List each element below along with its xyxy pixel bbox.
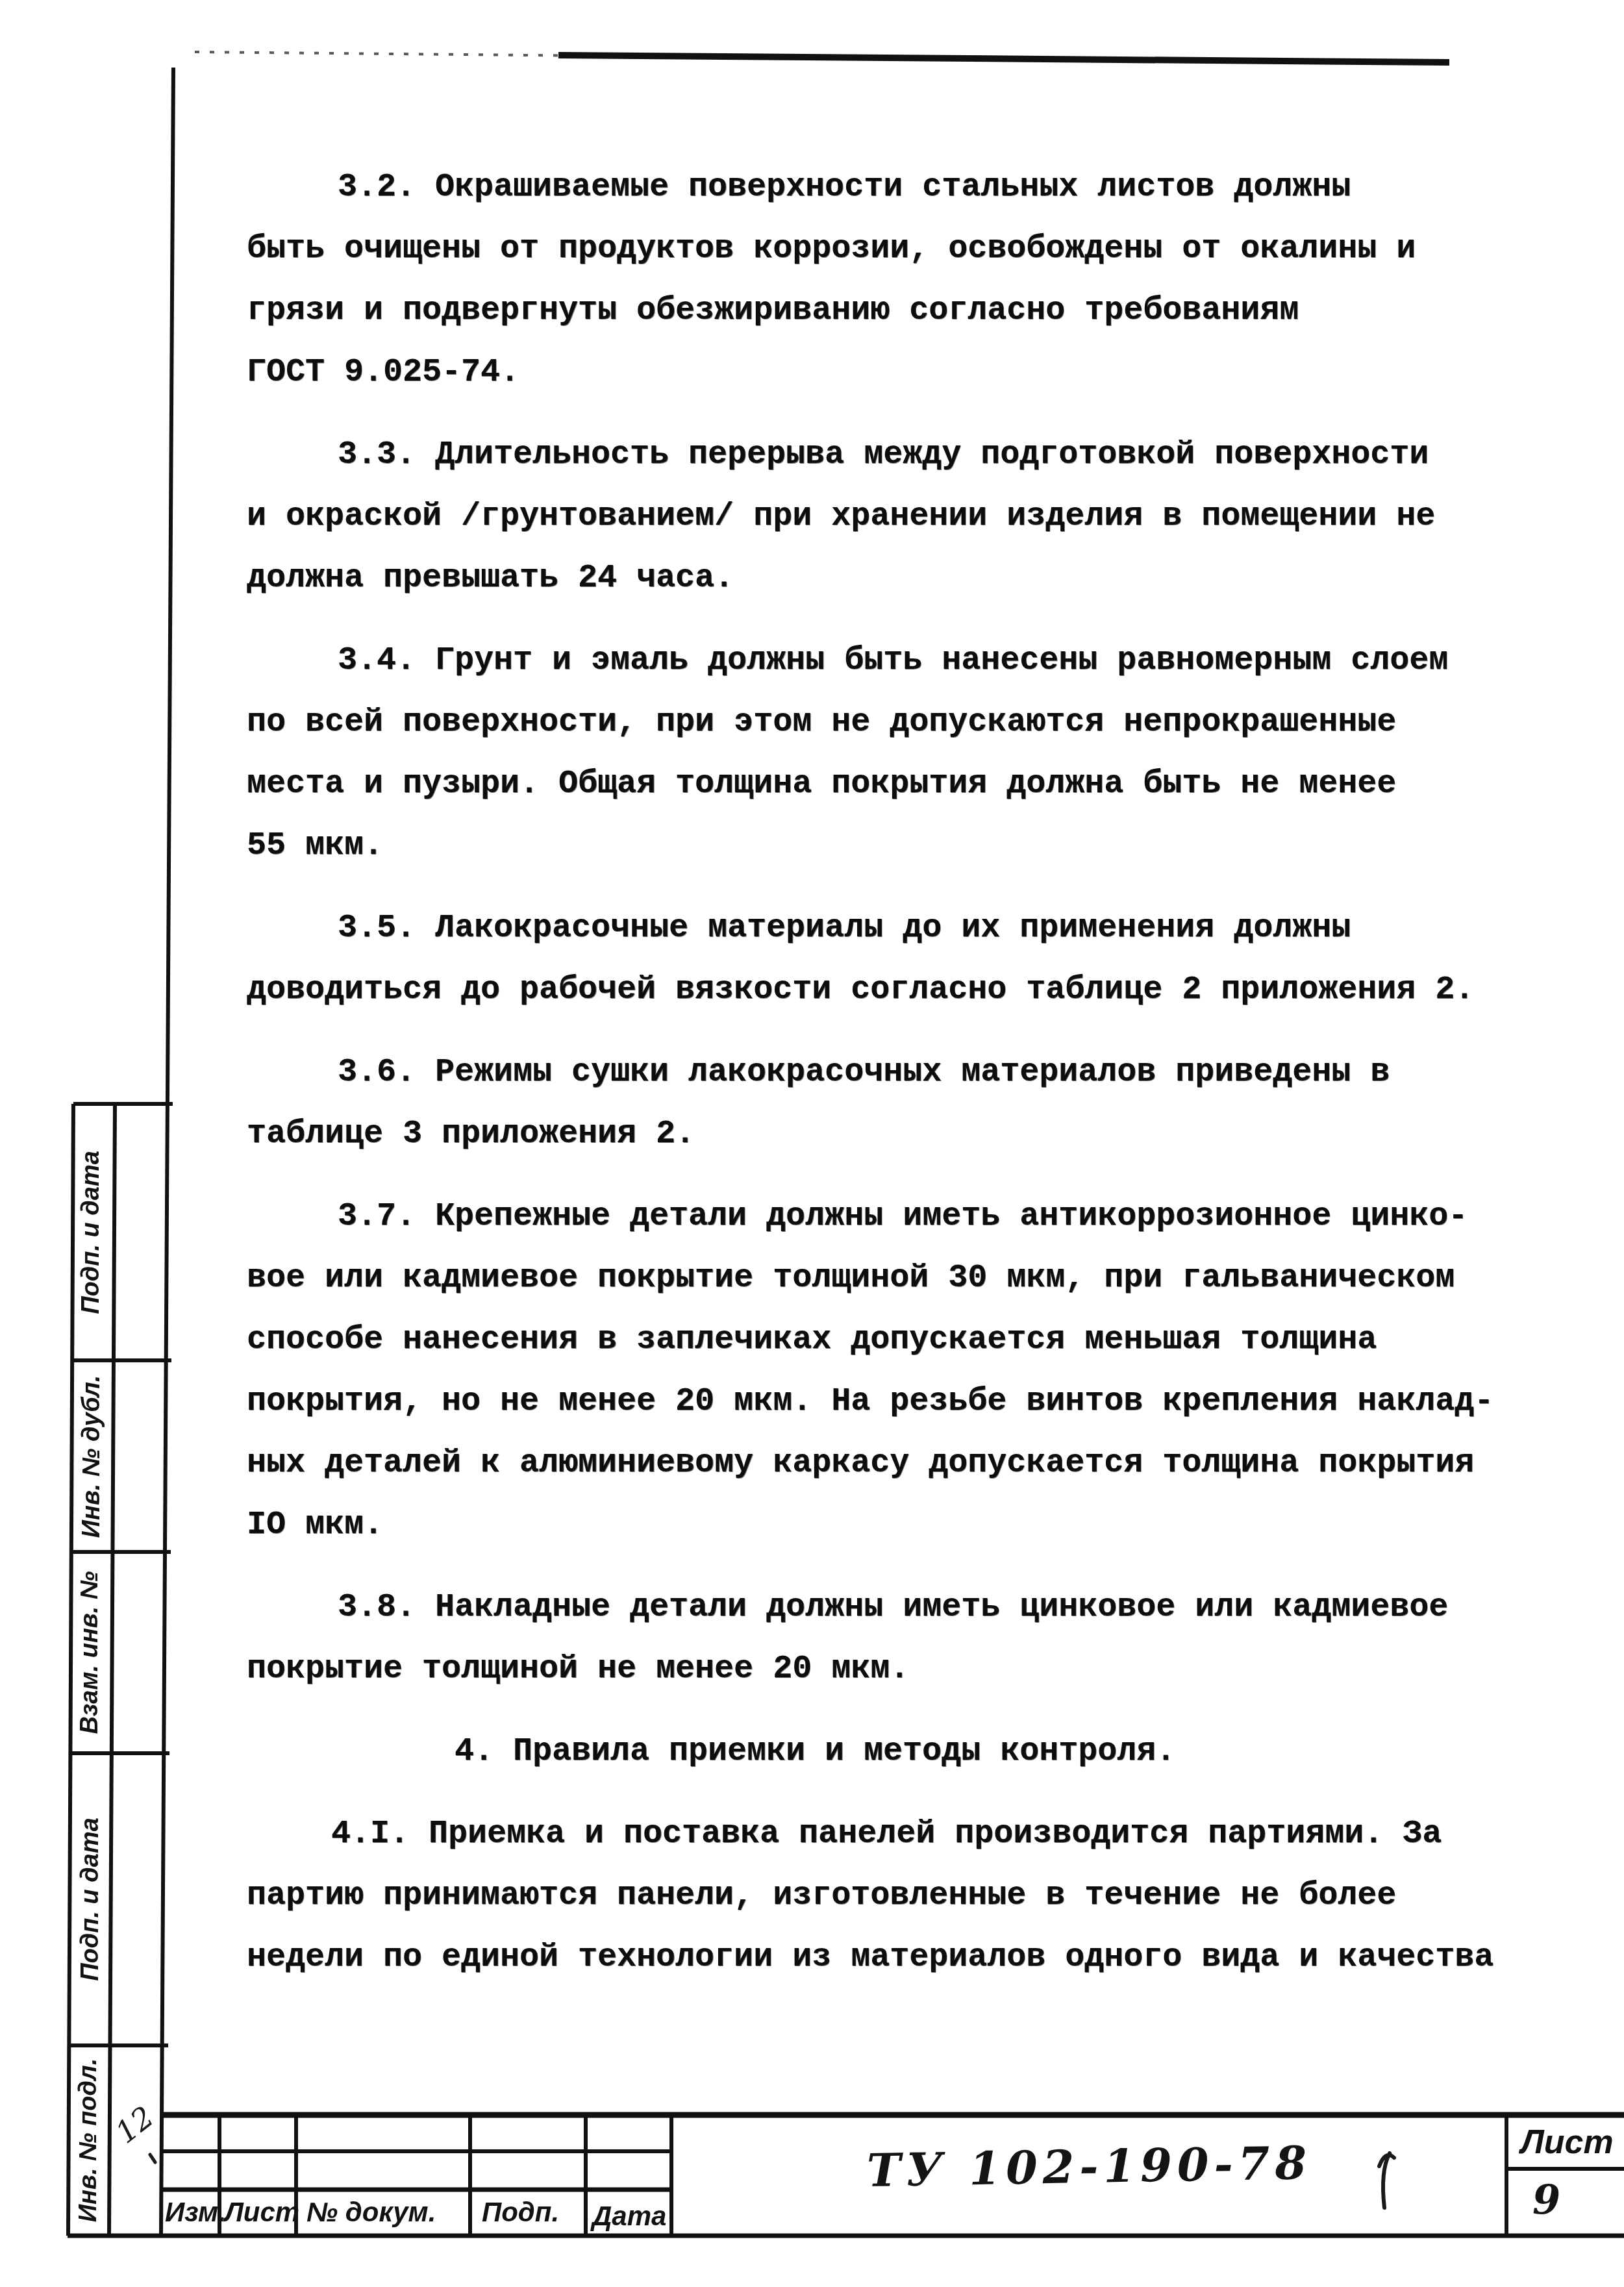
text-line: покрытие толщиной не менее 20 мкм.: [247, 1651, 909, 1688]
sidebar-label-divider: [109, 1104, 115, 2236]
text-line: вое или кадмиевое покрытие толщиной 30 м…: [247, 1260, 1455, 1297]
text-line: покрытия, но не менее 20 мкм. На резьбе …: [247, 1383, 1493, 1421]
text-line: 3.8. Накладные детали должны иметь цинко…: [338, 1589, 1448, 1627]
text-line: 3.6. Режимы сушки лакокрасочных материал…: [338, 1054, 1390, 1092]
text-line: ГОСТ 9.025-74.: [247, 354, 519, 392]
text-line: должна превышать 24 часа.: [247, 560, 734, 597]
top-border-dashed-segment: [195, 52, 597, 56]
sidebar-left-edge: [68, 1104, 73, 2236]
titleblock-header-list: Лист: [225, 2196, 299, 2229]
sidebar-cell-label-vzam-inv: Взам. инв. №: [77, 1552, 103, 1753]
text-line: недели по единой технологии из материало…: [247, 1939, 1493, 1977]
text-line: 3.5. Лакокрасочные материалы до их приме…: [338, 910, 1351, 947]
text-line: по всей поверхности, при этом не допуска…: [247, 704, 1396, 742]
titleblock-header-dokum: № докум.: [306, 2196, 436, 2229]
text-line: ных деталей к алюминиевому каркасу допус…: [247, 1445, 1474, 1482]
text-line: 3.3. Длительность перерыва между подгото…: [338, 436, 1429, 474]
text-line: 3.4. Грунт и эмаль должны быть нанесены …: [338, 642, 1448, 680]
text-line: быть очищены от продуктов коррозии, осво…: [247, 231, 1416, 268]
text-line: 3.7. Крепежные детали должны иметь антик…: [338, 1198, 1468, 1236]
section-heading: 4. Правила приемки и методы контроля.: [455, 1733, 1175, 1771]
titleblock-header-podp: Подп.: [482, 2196, 559, 2229]
handwritten-arrow-mark: [1379, 2153, 1394, 2208]
text-line: и окраской /грунтованием/ при хранении и…: [247, 498, 1435, 536]
sidebar-cell-label-podp-i-data-1: Подп. и дата: [78, 1103, 104, 1362]
sidebar-cell-label-inv-podl: Инв. № подл.: [75, 2043, 101, 2238]
text-line: 55 мкм.: [247, 827, 383, 865]
text-line: таблице 3 приложения 2.: [247, 1116, 695, 1153]
left-frame-line: [161, 68, 173, 2236]
sheet-number: 9: [1532, 2179, 1560, 2221]
titleblock-header-data: Дата: [592, 2200, 666, 2232]
text-line: доводиться до рабочей вязкости согласно …: [247, 971, 1474, 1009]
sidebar-cell-label-inv-dubl: Инв. № дубл.: [79, 1359, 105, 1554]
top-border-solid-segment: [558, 55, 1449, 62]
text-line: способе нанесения в заплечиках допускает…: [247, 1321, 1377, 1359]
text-line: 3.2. Окрашиваемые поверхности стальных л…: [338, 169, 1351, 206]
text-line: 4.I. Приемка и поставка панелей производ…: [331, 1816, 1442, 1853]
sheet-label: Лист: [1521, 2125, 1614, 2160]
scanned-document-page: 3.2. Окрашиваемые поверхности стальных л…: [0, 0, 1624, 2287]
text-line: партию принимаются панели, изготовленные…: [247, 1877, 1396, 1915]
doc-number-handwritten: ТУ 102-190-78: [866, 2139, 1312, 2195]
stray-pen-tick: [150, 2155, 155, 2162]
text-line: грязи и подвергнуты обезжириванию соглас…: [247, 292, 1299, 330]
text-line: IO мкм.: [247, 1506, 383, 1544]
text-line: места и пузыри. Общая толщина покрытия д…: [247, 766, 1396, 803]
titleblock-header-izm: Изм.: [165, 2196, 226, 2229]
sidebar-cell-label-podp-i-data-2: Подп. и дата: [77, 1753, 103, 2045]
